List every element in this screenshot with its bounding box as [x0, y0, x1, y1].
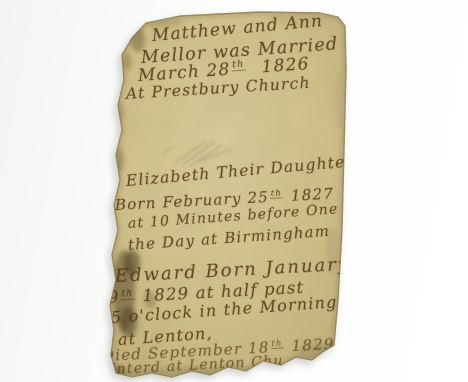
ordinal-suffix: th [270, 187, 284, 199]
ordinal-suffix: th [120, 288, 134, 300]
document-photo: Matthew and Ann Mellor was Married March… [0, 0, 468, 382]
ordinal-suffix: th [270, 337, 284, 349]
ordinal-suffix: th [231, 59, 246, 72]
